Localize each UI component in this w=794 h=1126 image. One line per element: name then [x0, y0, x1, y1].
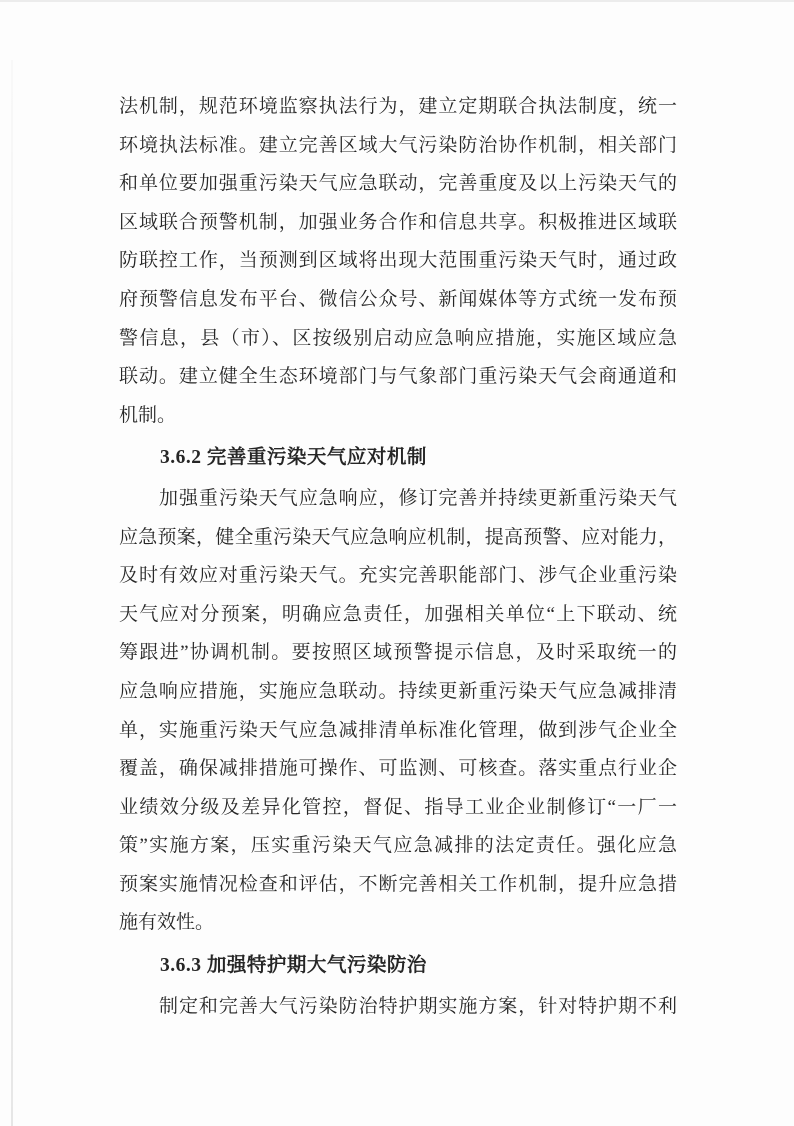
body-text-line: 天气应对分预案，明确应急责任，加强相关单位“上下联动、统 [119, 596, 677, 635]
scanned-document-page: 法机制，规范环境监察执法行为，建立定期联合执法制度，统一 环境执法标准。建立完善… [0, 0, 794, 1126]
body-text-line: 防联控工作，当预测到区域将出现大范围重污染天气时，通过政 [119, 242, 677, 281]
body-text-line: 环境执法标准。建立完善区域大气污染防治协作机制，相关部门 [119, 127, 677, 166]
body-text-line: 和单位要加强重污染天气应急联动，完善重度及以上污染天气的 [119, 165, 677, 204]
body-text-line: 制定和完善大气污染防治特护期实施方案，针对特护期不利 [119, 988, 677, 1027]
document-text-block: 法机制，规范环境监察执法行为，建立定期联合执法制度，统一 环境执法标准。建立完善… [119, 88, 677, 1026]
body-text-line: 覆盖，确保减排措施可操作、可监测、可核查。落实重点行业企 [119, 750, 677, 789]
scan-edge-artifact [11, 60, 13, 1126]
body-text-line: 策”实施方案，压实重污染天气应急减排的法定责任。强化应急 [119, 827, 677, 866]
body-text-line: 应急响应措施，实施应急联动。持续更新重污染天气应急减排清 [119, 673, 677, 712]
body-text-line: 筹跟进”协调机制。要按照区域预警提示信息，及时采取统一的 [119, 634, 677, 673]
body-text-line: 区域联合预警机制，加强业务合作和信息共享。积极推进区域联 [119, 204, 677, 243]
body-text-line: 法机制，规范环境监察执法行为，建立定期联合执法制度，统一 [119, 88, 677, 127]
body-text-line: 及时有效应对重污染天气。充实完善职能部门、涉气企业重污染 [119, 557, 677, 596]
body-text-line: 预案实施情况检查和评估，不断完善相关工作机制，提升应急措 [119, 866, 677, 905]
body-text-line: 加强重污染天气应急响应，修订完善并持续更新重污染天气 [119, 480, 677, 519]
body-text-line: 府预警信息发布平台、微信公众号、新闻媒体等方式统一发布预 [119, 281, 677, 320]
body-text-line: 联动。建立健全生态环境部门与气象部门重污染天气会商通道和 [119, 358, 677, 397]
body-text-line: 单，实施重污染天气应急减排清单标准化管理，做到涉气企业全 [119, 712, 677, 751]
body-text-line: 机制。 [119, 397, 677, 436]
section-heading-3-6-3: 3.6.3 加强特护期大气污染防治 [119, 947, 677, 986]
section-heading-3-6-2: 3.6.2 完善重污染天气应对机制 [119, 439, 677, 478]
body-text-line: 业绩效分级及差异化管控，督促、指导工业企业制修订“一厂一 [119, 789, 677, 828]
body-text-line: 警信息，县（市）、区按级别启动应急响应措施，实施区域应急 [119, 320, 677, 359]
body-text-line: 施有效性。 [119, 904, 677, 943]
body-text-line: 应急预案，健全重污染天气应急响应机制，提高预警、应对能力， [119, 519, 677, 558]
